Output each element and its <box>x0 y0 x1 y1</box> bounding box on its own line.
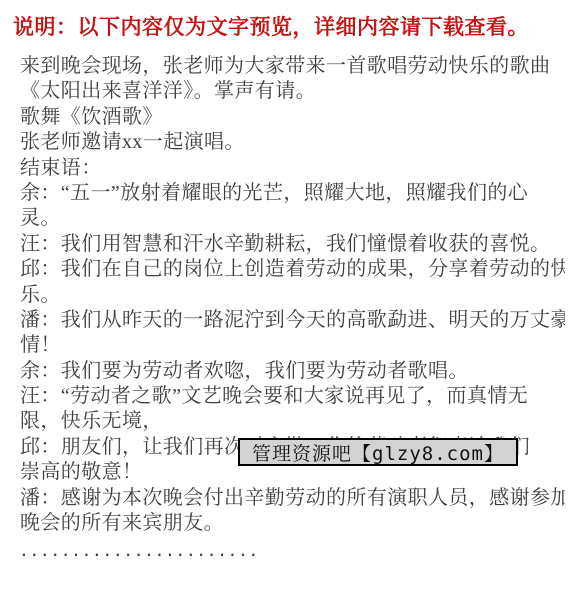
text-line: 潘：我们从昨天的一路泥泞到今天的高歌勐进、明天的万丈豪 <box>20 308 565 333</box>
text-line: 乐。 <box>20 283 565 308</box>
text-line: 余：“五一”放射着耀眼的光芒，照耀大地，照耀我们的心 <box>20 181 565 206</box>
preview-notice: 说明：以下内容仅为文字预览，详细内容请下载查看。 <box>13 15 565 41</box>
text-line: 邱：我们在自己的岗位上创造着劳动的成果，分享着劳动的快 <box>20 257 565 282</box>
document-body: 来到晚会现场，张老师为大家带来一首歌唱劳动快乐的歌曲《太阳出来喜洋洋》。掌声有请… <box>20 54 565 562</box>
text-line: 张老师邀请xx一起演唱。 <box>20 130 565 155</box>
text-line: 歌舞《饮酒歌》 <box>20 105 565 130</box>
text-line: 限，快乐无境， <box>20 409 565 434</box>
watermark-badge: 管理资源吧【glzy8.com】 <box>238 438 518 466</box>
text-line: 汪：我们用智慧和汗水辛勤耕耘，我们憧憬着收获的喜悦。 <box>20 232 565 257</box>
document-preview-page: 说明：以下内容仅为文字预览，详细内容请下载查看。 来到晚会现场，张老师为大家带来… <box>0 0 578 600</box>
text-line: 灵。 <box>20 206 565 231</box>
text-line: 《太阳出来喜洋洋》。掌声有请。 <box>20 79 565 104</box>
text-line: 情！ <box>20 333 565 358</box>
text-line: 余：我们要为劳动者欢唿，我们要为劳动者歌唱。 <box>20 359 565 384</box>
text-line: 晚会的所有来宾朋友。 <box>20 511 565 536</box>
text-line: 结束语： <box>20 156 565 181</box>
watermark-text: 管理资源吧【glzy8.com】 <box>252 439 504 466</box>
text-line: 汪：“劳动者之歌”文艺晚会要和大家说再见了，而真情无 <box>20 384 565 409</box>
text-line: 潘：感谢为本次晚会付出辛勤劳动的所有演职人员，感谢参加 <box>20 486 565 511</box>
text-line: 来到晚会现场，张老师为大家带来一首歌唱劳动快乐的歌曲 <box>20 54 565 79</box>
ellipsis-row: ....................... <box>20 536 565 561</box>
